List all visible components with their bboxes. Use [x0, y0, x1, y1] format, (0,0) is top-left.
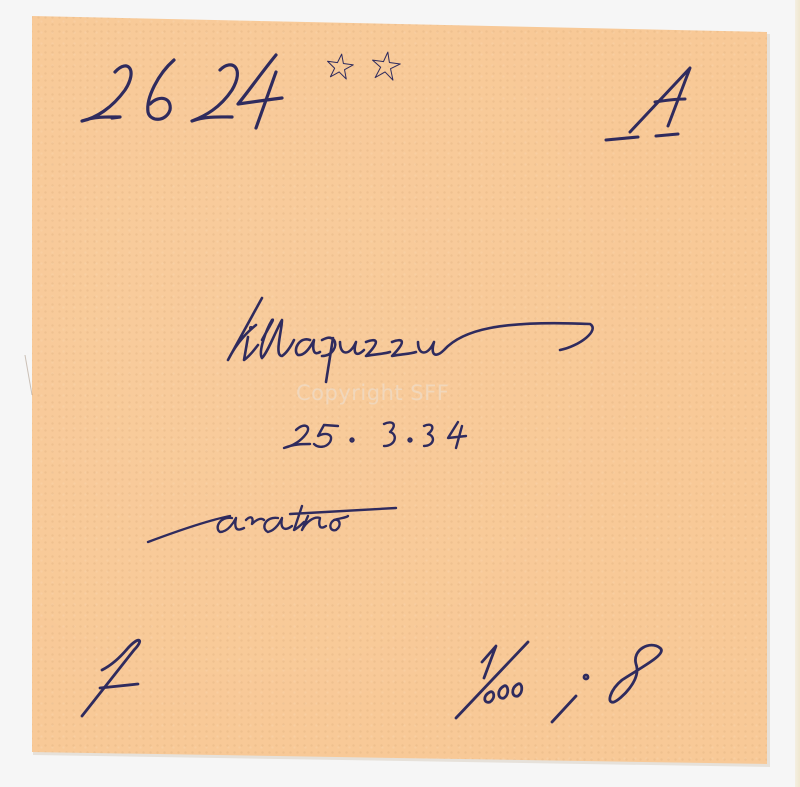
- category-letter-ink: [606, 68, 690, 140]
- bottom-left-mark-ink: [82, 640, 140, 716]
- locality-ink: [228, 298, 593, 382]
- handwriting-ink: [0, 0, 800, 787]
- date-ink: [284, 422, 466, 448]
- bottom-right-note-ink: [456, 642, 661, 722]
- star-icon: [325, 52, 354, 79]
- star-icon: [370, 50, 401, 81]
- catalog-number-ink: [82, 55, 282, 128]
- habitat-ink: [148, 506, 396, 542]
